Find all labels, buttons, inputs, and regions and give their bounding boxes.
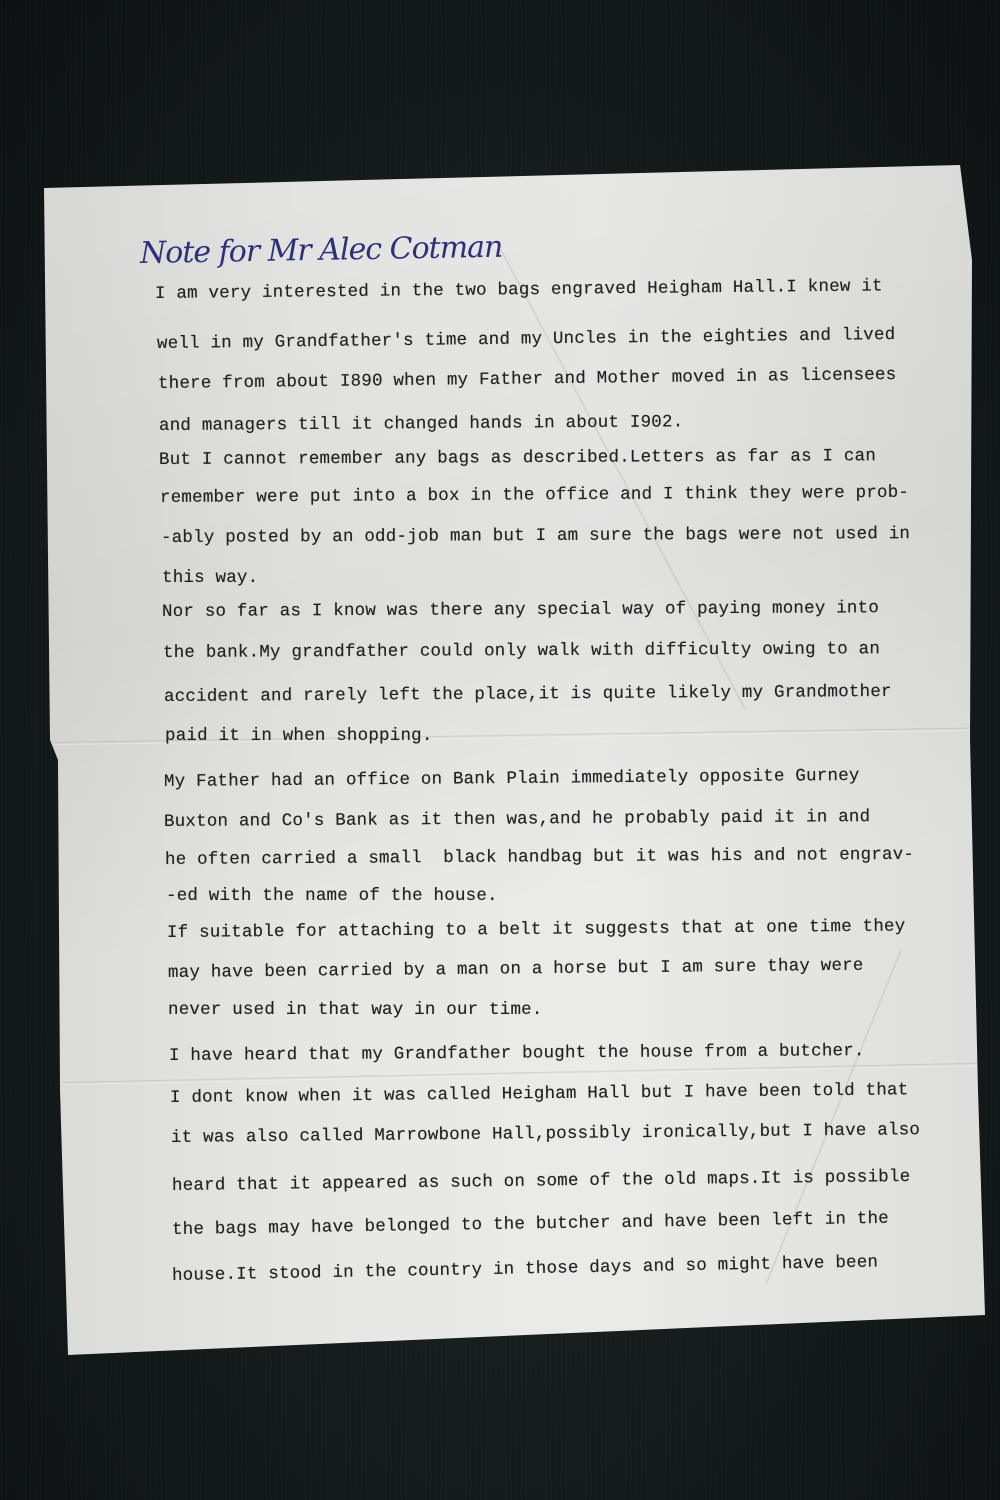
- typed-line: paid it in when shopping.: [165, 726, 433, 746]
- typed-line: never used in that way in our time.: [168, 1000, 543, 1020]
- typed-line: But I cannot remember any bags as descri…: [159, 446, 876, 470]
- typed-line: Nor so far as I know was there any speci…: [162, 598, 879, 622]
- typed-line: heard that it appeared as such on some o…: [172, 1167, 911, 1196]
- typed-line: I have heard that my Grandfather bought …: [169, 1041, 865, 1066]
- typed-line: I am very interested in the two bags eng…: [155, 276, 883, 304]
- typed-line: house.It stood in the country in those d…: [172, 1252, 879, 1286]
- typed-line: it was also called Marrowbone Hall,possi…: [171, 1120, 920, 1148]
- typed-line: he often carried a small black handbag b…: [165, 845, 914, 870]
- typed-line: -ably posted by an odd-job man but I am …: [161, 524, 910, 548]
- typed-line: may have been carried by a man on a hors…: [168, 956, 864, 983]
- handwritten-heading: Note for Mr Alec Cotman: [140, 230, 503, 271]
- typed-line: -ed with the name of the house.: [166, 886, 498, 906]
- typed-line: remember were put into a box in the offi…: [160, 483, 909, 508]
- typed-line: there from about I890 when my Father and…: [158, 365, 897, 394]
- typed-line: well in my Grandfather's time and my Unc…: [157, 325, 896, 354]
- typed-line: accident and rarely left the place,it is…: [164, 682, 892, 707]
- typed-line: Buxton and Co's Bank as it then was,and …: [164, 807, 870, 832]
- typed-line: the bags may have belonged to the butche…: [172, 1209, 889, 1240]
- typed-line: If suitable for attaching to a belt it s…: [167, 917, 906, 943]
- typed-line: I dont know when it was called Heigham H…: [170, 1080, 909, 1108]
- typed-line: the bank.My grandfather could only walk …: [163, 639, 880, 663]
- paper-crease: [765, 950, 902, 1285]
- typed-line: and managers till it changed hands in ab…: [159, 412, 684, 436]
- typed-letter-sheet: Note for Mr Alec Cotman I am very intere…: [0, 0, 1000, 1500]
- typed-line: this way.: [162, 568, 258, 588]
- typed-line: My Father had an office on Bank Plain im…: [164, 766, 860, 792]
